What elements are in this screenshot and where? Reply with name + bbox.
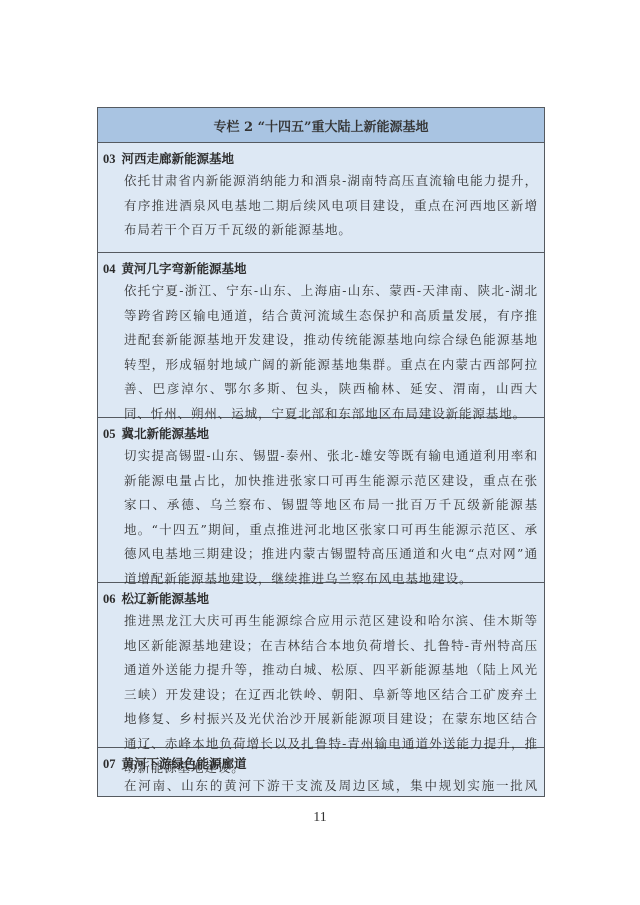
- section-body: 在河南、山东的黄河下游干支流及周边区域，集中规划实施一批风电、光伏: [103, 774, 538, 796]
- section-number: 04: [103, 262, 116, 276]
- section-songliao: 06松辽新能源基地 推进黑龙江大庆可再生能源综合应用示范区建设和哈尔滨、佳木斯等…: [98, 583, 544, 748]
- feature-box: 专栏 2 “十四五”重大陆上新能源基地 03河西走廊新能源基地 依托甘肃省内新能…: [97, 107, 545, 797]
- section-yellow-river-bend: 04黄河几字弯新能源基地 依托宁夏-浙江、宁东-山东、上海庙-山东、蒙西-天津南…: [98, 253, 544, 418]
- page-number: 11: [0, 810, 640, 826]
- section-title-text: 冀北新能源基地: [122, 426, 210, 441]
- section-title-text: 松辽新能源基地: [122, 591, 210, 606]
- box-header: 专栏 2 “十四五”重大陆上新能源基地: [98, 108, 544, 143]
- section-number: 03: [103, 152, 116, 166]
- section-title-text: 黄河几字弯新能源基地: [122, 261, 247, 276]
- section-number: 07: [103, 757, 116, 771]
- section-title: 07黄河下游绿色能源廊道: [103, 754, 538, 774]
- section-title: 04黄河几字弯新能源基地: [103, 259, 538, 279]
- section-title-text: 河西走廊新能源基地: [122, 151, 235, 166]
- section-number: 06: [103, 592, 116, 606]
- section-jibei: 05冀北新能源基地 切实提高锡盟-山东、锡盟-泰州、张北-雄安等既有输电通道利用…: [98, 418, 544, 583]
- section-body: 切实提高锡盟-山东、锡盟-泰州、张北-雄安等既有输电通道利用率和新能源电量占比，…: [103, 444, 538, 591]
- section-number: 05: [103, 427, 116, 441]
- section-title: 03河西走廊新能源基地: [103, 149, 538, 169]
- section-hexi-corridor: 03河西走廊新能源基地 依托甘肃省内新能源消纳能力和酒泉-湖南特高压直流输电能力…: [98, 143, 544, 253]
- section-body: 依托宁夏-浙江、宁东-山东、上海庙-山东、蒙西-天津南、陕北-湖北等跨省跨区输电…: [103, 279, 538, 426]
- section-title: 05冀北新能源基地: [103, 424, 538, 444]
- section-body: 依托甘肃省内新能源消纳能力和酒泉-湖南特高压直流输电能力提升，有序推进酒泉风电基…: [103, 169, 538, 243]
- section-title: 06松辽新能源基地: [103, 589, 538, 609]
- section-title-text: 黄河下游绿色能源廊道: [122, 756, 247, 771]
